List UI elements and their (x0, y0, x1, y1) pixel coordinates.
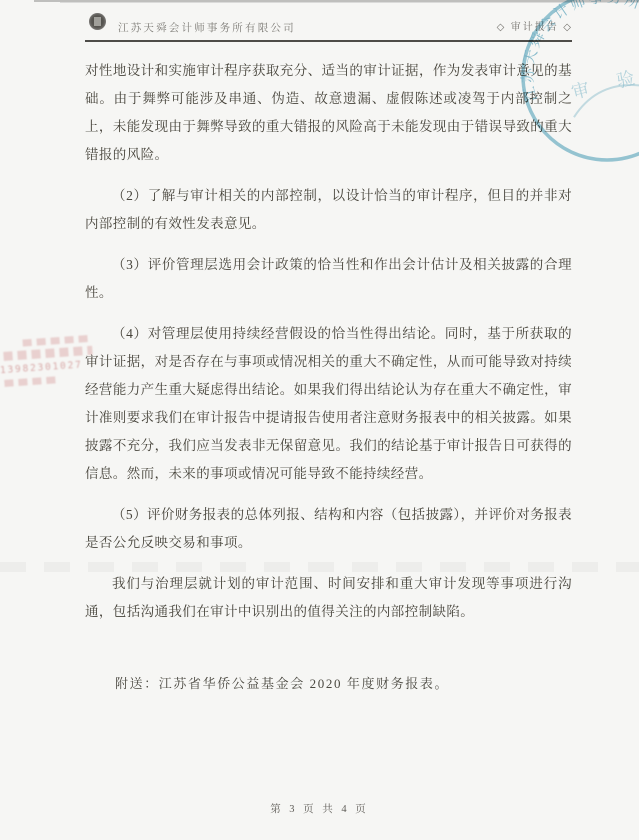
stamp-blurred-row (22, 335, 87, 347)
firm-name: 江苏天舜会计师事务所有限公司 (118, 20, 296, 35)
scan-noise-band (0, 562, 639, 572)
header-rule (85, 40, 572, 42)
report-body: 对性地设计和实施审计程序获取充分、适当的审计证据，作为发表审计意见的基础。由于舞… (85, 57, 572, 698)
stamp-blurred-row (5, 376, 61, 387)
firm-logo-mark (94, 17, 101, 26)
stamp-digits: 113982301027 (0, 358, 103, 377)
seal-center-text: 审 验 (569, 65, 639, 103)
scanned-audit-report-page: 江苏天舜会计师事务所有限公司 ◇ 审计报告 ◇ 对性地设计和实施审计程序获取充分… (0, 0, 639, 840)
attachment-note: 附送：江苏省华侨公益基金会 2020 年度财务报表。 (115, 670, 572, 698)
paragraph-fraud-risk: 对性地设计和实施审计程序获取充分、适当的审计证据，作为发表审计意见的基础。由于舞… (85, 57, 572, 169)
page-footer: 第 3 页 共 4 页 (0, 801, 639, 816)
paragraph-item-5-presentation: （5）评价财务报表的总体列报、结构和内容（包括披露），并评价对务报表是否公允反映… (85, 501, 572, 557)
paragraph-governance-communication: 我们与治理层就计划的审计范围、时间安排和重大审计发现等事项进行沟通，包括沟通我们… (85, 570, 572, 626)
red-registration-stamp: 113982301027 (0, 330, 104, 392)
page-number: 第 3 页 共 4 页 (270, 804, 369, 815)
paragraph-item-3-accounting-policies: （3）评价管理层选用会计政策的恰当性和作出会计估计及相关披露的合理性。 (85, 251, 572, 307)
paragraph-item-2-internal-control: （2）了解与审计相关的内部控制，以设计恰当的审计程序，但目的并非对内部控制的有效… (85, 182, 572, 238)
paragraph-item-4-going-concern: （4）对管理层使用持续经营假设的恰当性得出结论。同时，基于所获取的审计证据，对是… (85, 320, 572, 488)
firm-logo-icon (89, 13, 106, 30)
